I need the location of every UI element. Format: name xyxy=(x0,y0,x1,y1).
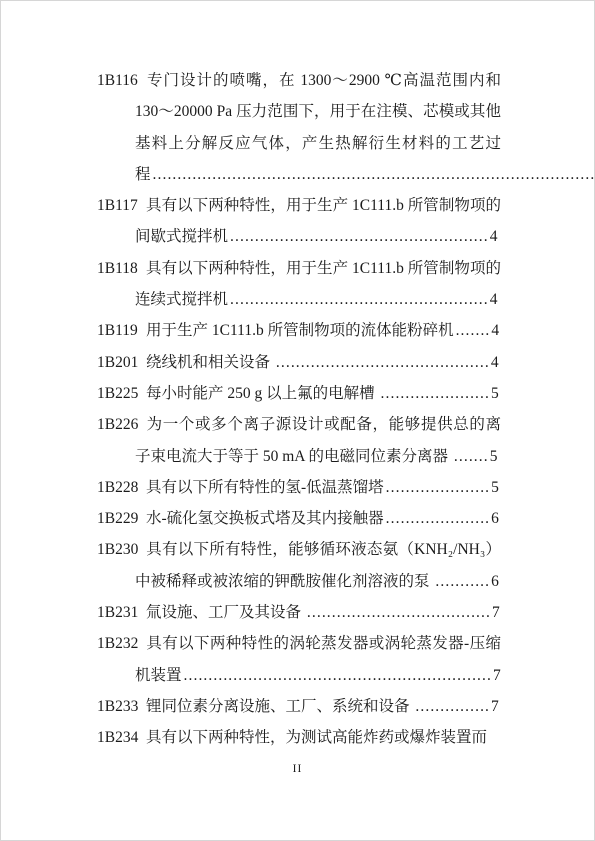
toc-entry: 1B231氚设施、工厂及其设备 ........................… xyxy=(97,597,501,628)
toc-dot-leader: ..................................... xyxy=(305,604,491,621)
toc-entry-title: 为一个或多个离子源设计或配备，能够提供总的离子束电流大于等于 50 mA 的电磁… xyxy=(135,416,501,464)
toc-entry-id: 1B118 xyxy=(97,253,146,284)
toc-entry: 1B119用于生产 1C111.b 所管制物项的流体能粉碎机.......4 xyxy=(97,315,501,346)
toc-entry: 1B201绕线机和相关设备 ..........................… xyxy=(97,347,501,378)
toc-dot-leader: ..................... xyxy=(384,479,490,496)
toc-entry-title: 具有以下两种特性，为测试高能炸药或爆炸装置而 xyxy=(146,729,487,746)
toc-entry: 1B118具有以下两种特性，用于生产 1C111.b 所管制物项的连续式搅拌机.… xyxy=(97,253,501,316)
toc-entry-page: 4 xyxy=(490,354,499,371)
toc-dot-leader: ........... xyxy=(433,573,490,590)
toc-entry-id: 1B229 xyxy=(97,503,146,534)
toc-entry-id: 1B119 xyxy=(97,315,146,346)
toc-dot-leader: ........................................… xyxy=(228,228,489,245)
toc-entry-page: 7 xyxy=(490,698,499,715)
toc-entry: 1B229水-硫化氢交换板式塔及其内接触器...................… xyxy=(97,503,501,534)
toc-entry: 1B230具有以下所有特性，能够循环液态氨（KNH₂/NH₃）中被稀释或被浓缩的… xyxy=(97,534,501,597)
toc-entry-page: 5 xyxy=(490,385,499,402)
toc-entry: 1B225每小时能产 250 g 以上氟的电解槽 ...............… xyxy=(97,378,501,409)
toc-entry-id: 1B234 xyxy=(97,722,146,753)
toc-entry-page: 4 xyxy=(489,291,498,308)
toc-entry: 1B233锂同位素分离设施、工厂、系统和设备 ...............7 xyxy=(97,691,501,722)
toc-entry-title: 锂同位素分离设施、工厂、系统和设备 xyxy=(146,698,413,715)
toc-entry: 1B226为一个或多个离子源设计或配备，能够提供总的离子束电流大于等于 50 m… xyxy=(97,409,501,472)
toc-entry-id: 1B116 xyxy=(97,65,146,96)
toc-entry-id: 1B225 xyxy=(97,378,146,409)
toc-dot-leader: ..................... xyxy=(384,510,490,527)
toc-entry-title: 每小时能产 250 g 以上氟的电解槽 xyxy=(146,385,379,402)
toc-entry-page: 4 xyxy=(490,322,499,339)
toc-dot-leader: ....... xyxy=(454,322,491,339)
toc-entry-id: 1B228 xyxy=(97,472,146,503)
toc-entry-title: 具有以下所有特性的氢-低温蒸馏塔 xyxy=(146,479,384,496)
toc-dot-leader: ........................................… xyxy=(151,166,595,183)
toc-entry: 1B117具有以下两种特性，用于生产 1C111.b 所管制物项的间歇式搅拌机.… xyxy=(97,190,501,253)
toc-entry: 1B234具有以下两种特性，为测试高能炸药或爆炸装置而 xyxy=(97,722,501,753)
toc-entry-id: 1B230 xyxy=(97,534,146,565)
toc-entry-title: 氚设施、工厂及其设备 xyxy=(146,604,305,621)
toc-entry: 1B228具有以下所有特性的氢-低温蒸馏塔...................… xyxy=(97,472,501,503)
toc-dot-leader: ....... xyxy=(452,448,489,465)
toc-entry-id: 1B201 xyxy=(97,347,146,378)
toc-dot-leader: ............... xyxy=(413,698,490,715)
toc-entry-page: 6 xyxy=(490,573,499,590)
toc-dot-leader: ........................................… xyxy=(182,667,492,684)
toc-dot-leader: ........................................… xyxy=(274,354,490,371)
toc-entry-page: 4 xyxy=(489,228,498,245)
toc-entry-id: 1B231 xyxy=(97,597,146,628)
document-page: 1B116专门设计的喷嘴，在 1300～2900 ℃高温范围内和 130～200… xyxy=(0,0,595,841)
toc-entry: 1B232具有以下两种特性的涡轮蒸发器或涡轮蒸发器-压缩机装置.........… xyxy=(97,628,501,691)
toc-entry-page: 7 xyxy=(492,667,501,684)
page-footer-number: II xyxy=(1,763,594,775)
toc-entry-title: 绕线机和相关设备 xyxy=(146,354,274,371)
toc-entry-id: 1B117 xyxy=(97,190,146,221)
toc-entry-page: 7 xyxy=(491,604,500,621)
toc-dot-leader: ........................................… xyxy=(228,291,489,308)
toc-dot-leader: ...................... xyxy=(379,385,490,402)
toc-list: 1B116专门设计的喷嘴，在 1300～2900 ℃高温范围内和 130～200… xyxy=(97,65,501,754)
toc-entry-title: 用于生产 1C111.b 所管制物项的流体能粉碎机 xyxy=(146,322,454,339)
toc-entry-page: 5 xyxy=(490,479,499,496)
toc-entry-title: 水-硫化氢交换板式塔及其内接触器 xyxy=(146,510,384,527)
toc-entry: 1B116专门设计的喷嘴，在 1300～2900 ℃高温范围内和 130～200… xyxy=(97,65,501,190)
toc-entry-page: 5 xyxy=(489,448,498,465)
toc-entry-id: 1B232 xyxy=(97,628,146,659)
toc-entry-id: 1B226 xyxy=(97,409,146,440)
toc-entry-id: 1B233 xyxy=(97,691,146,722)
toc-entry-page: 6 xyxy=(490,510,499,527)
